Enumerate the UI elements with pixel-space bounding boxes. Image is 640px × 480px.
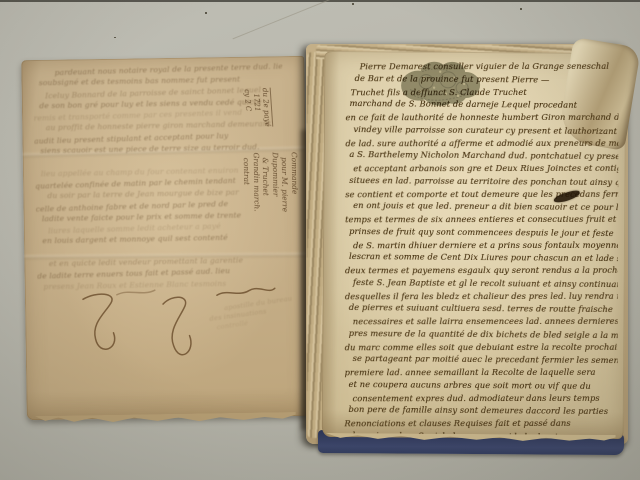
- left-document-page: pardeuant nous notaire royal de la prese…: [21, 56, 310, 420]
- manuscript-line: en ce fait de lauthorité de honneste hum…: [345, 111, 618, 124]
- manuscript-line: prinses de fruit quy sont commencees des…: [349, 225, 618, 240]
- docket-lines: Commandepour M. pierreDupommier& Truchet…: [241, 152, 300, 257]
- right-document-page: Pierre Demarest consuller viguier de la …: [322, 51, 627, 439]
- manuscript-line: vindey ville parroisse son curateur cy p…: [353, 123, 618, 138]
- docket-line: Grandin march.: [251, 153, 262, 257]
- surface-speck: [352, 3, 354, 5]
- docket-line: contrat: [241, 158, 252, 257]
- manuscript-line: se partageant par moitié auec le preceda…: [353, 352, 618, 367]
- manuscript-line: et acceptant arbanois son gre et Deux Ri…: [353, 162, 618, 175]
- manuscript-line: premiere lad. annee semaillant la Recolt…: [345, 366, 618, 379]
- manuscript-line: feste S. Jean Baptiste et gl le recolt s…: [353, 276, 618, 291]
- docket-line: pour M. pierre: [280, 157, 291, 256]
- docket-date-block: du 2e payé1721cy 2 C: [242, 88, 274, 129]
- manuscript-line: en ont jouis et que led. preneur a dit b…: [353, 199, 618, 214]
- manuscript-line: a S. Barthelemy Nicholon Marchand dud. p…: [349, 148, 618, 163]
- manuscript-line: necessaires et salle lairra ensemencees …: [353, 315, 618, 328]
- docket-line: Dupommier: [270, 152, 281, 256]
- manuscript-line: bon pere de famille ainsy sont demeures …: [348, 403, 617, 418]
- surface-speck: [205, 12, 207, 14]
- manuscript-line: temps et termes de six annees entieres e…: [345, 213, 618, 226]
- manuscript-line: deux termes et payemens esgaulx quy sero…: [345, 264, 618, 277]
- signature-flourish: [77, 286, 278, 375]
- manuscript-line: lescran et somme de Cent Dix Liures pour…: [349, 250, 618, 265]
- docket-block: Commandepour M. pierreDupommier& Truchet…: [227, 152, 301, 257]
- docket-line: Commande: [289, 152, 300, 256]
- manuscript-line: pres mesure de la quantité de dix bichet…: [349, 327, 618, 342]
- docket-line: & Truchet: [260, 157, 271, 256]
- manuscript-line: et ne coupera aucuns arbres que soit mor…: [348, 378, 617, 393]
- photo-background: pardeuant nous notaire royal de la prese…: [0, 0, 640, 480]
- surface-speck: [520, 8, 522, 10]
- surface-speck: [114, 37, 116, 38]
- manuscript-line: situees en lad. parroisse au territoire …: [349, 174, 618, 189]
- generalite-tax-stamp-icon: [394, 57, 486, 112]
- surface-scratch: [233, 0, 354, 39]
- manuscript-line: Renonciations et clauses Requises fait e…: [344, 417, 617, 430]
- right-page-text: Pierre Demarest consuller viguier de la …: [344, 60, 618, 436]
- manuscript-line: de pierres et suiuant cultiuera sesd. te…: [349, 301, 618, 316]
- left-page-torn-edge: [35, 412, 296, 425]
